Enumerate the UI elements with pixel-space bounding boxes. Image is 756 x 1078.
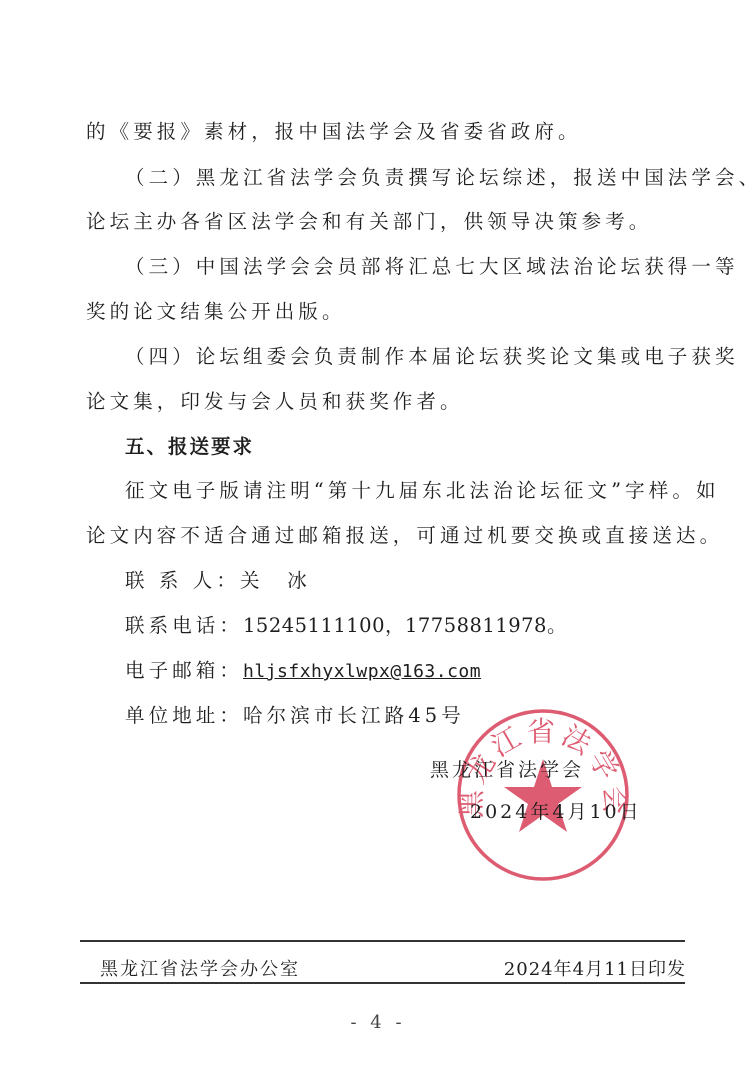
contact-person-value: 关 冰 <box>240 569 311 592</box>
body-line: 奖的论文结集公开出版。 <box>86 296 346 324</box>
contact-phone-value: 15245111100，17758811978。 <box>243 614 567 637</box>
footer-top-divider <box>80 940 685 942</box>
contact-address: 单位地址：哈尔滨市长江路45号 <box>125 700 465 728</box>
signature-org: 黑龙江省法学会 <box>430 755 584 782</box>
contact-address-value: 哈尔滨市长江路45号 <box>243 704 465 727</box>
official-seal-icon: 黑龙江省法学会 <box>455 707 631 883</box>
body-line: 征文电子版请注明“第十九届东北法治论坛征文”字样。如 <box>125 475 720 503</box>
contact-address-label: 单位地址： <box>125 700 243 728</box>
body-line: 论文内容不适合通过邮箱报送，可通过机要交换或直接送达。 <box>86 520 723 548</box>
contact-phone: 联系电话：15245111100，17758811978。 <box>125 610 567 638</box>
footer-bottom-divider <box>80 982 685 984</box>
contact-email: 电子邮箱：hljsfxhyxlwpx@163.com <box>125 655 481 683</box>
contact-email-link[interactable]: hljsfxhyxlwpx@163.com <box>243 661 481 682</box>
section-heading: 五、报送要求 <box>125 431 254 459</box>
contact-email-label: 电子邮箱： <box>125 655 243 683</box>
body-line: （二）黑龙江省法学会负责撰写论坛综述，报送中国法学会、 <box>125 162 756 190</box>
body-line: 论文集，印发与会人员和获奖作者。 <box>86 386 464 414</box>
contact-person: 联 系 人：关 冰 <box>125 565 311 593</box>
contact-person-label: 联 系 人： <box>125 565 240 593</box>
signature-date: 2024年4月10日 <box>470 797 642 824</box>
body-line: 论坛主办各省区法学会和有关部门，供领导决策参考。 <box>86 206 652 234</box>
page-number: - 4 - <box>0 1012 756 1033</box>
body-line: （三）中国法学会会员部将汇总七大区域法治论坛获得一等 <box>125 251 739 279</box>
footer-issue-date: 2024年4月11日印发 <box>504 955 686 981</box>
footer-issuer: 黑龙江省法学会办公室 <box>100 955 300 981</box>
body-line: （四）论坛组委会负责制作本届论坛获奖论文集或电子获奖 <box>125 341 739 369</box>
body-line: 的《要报》素材，报中国法学会及省委省政府。 <box>86 116 582 144</box>
contact-phone-label: 联系电话： <box>125 610 243 638</box>
